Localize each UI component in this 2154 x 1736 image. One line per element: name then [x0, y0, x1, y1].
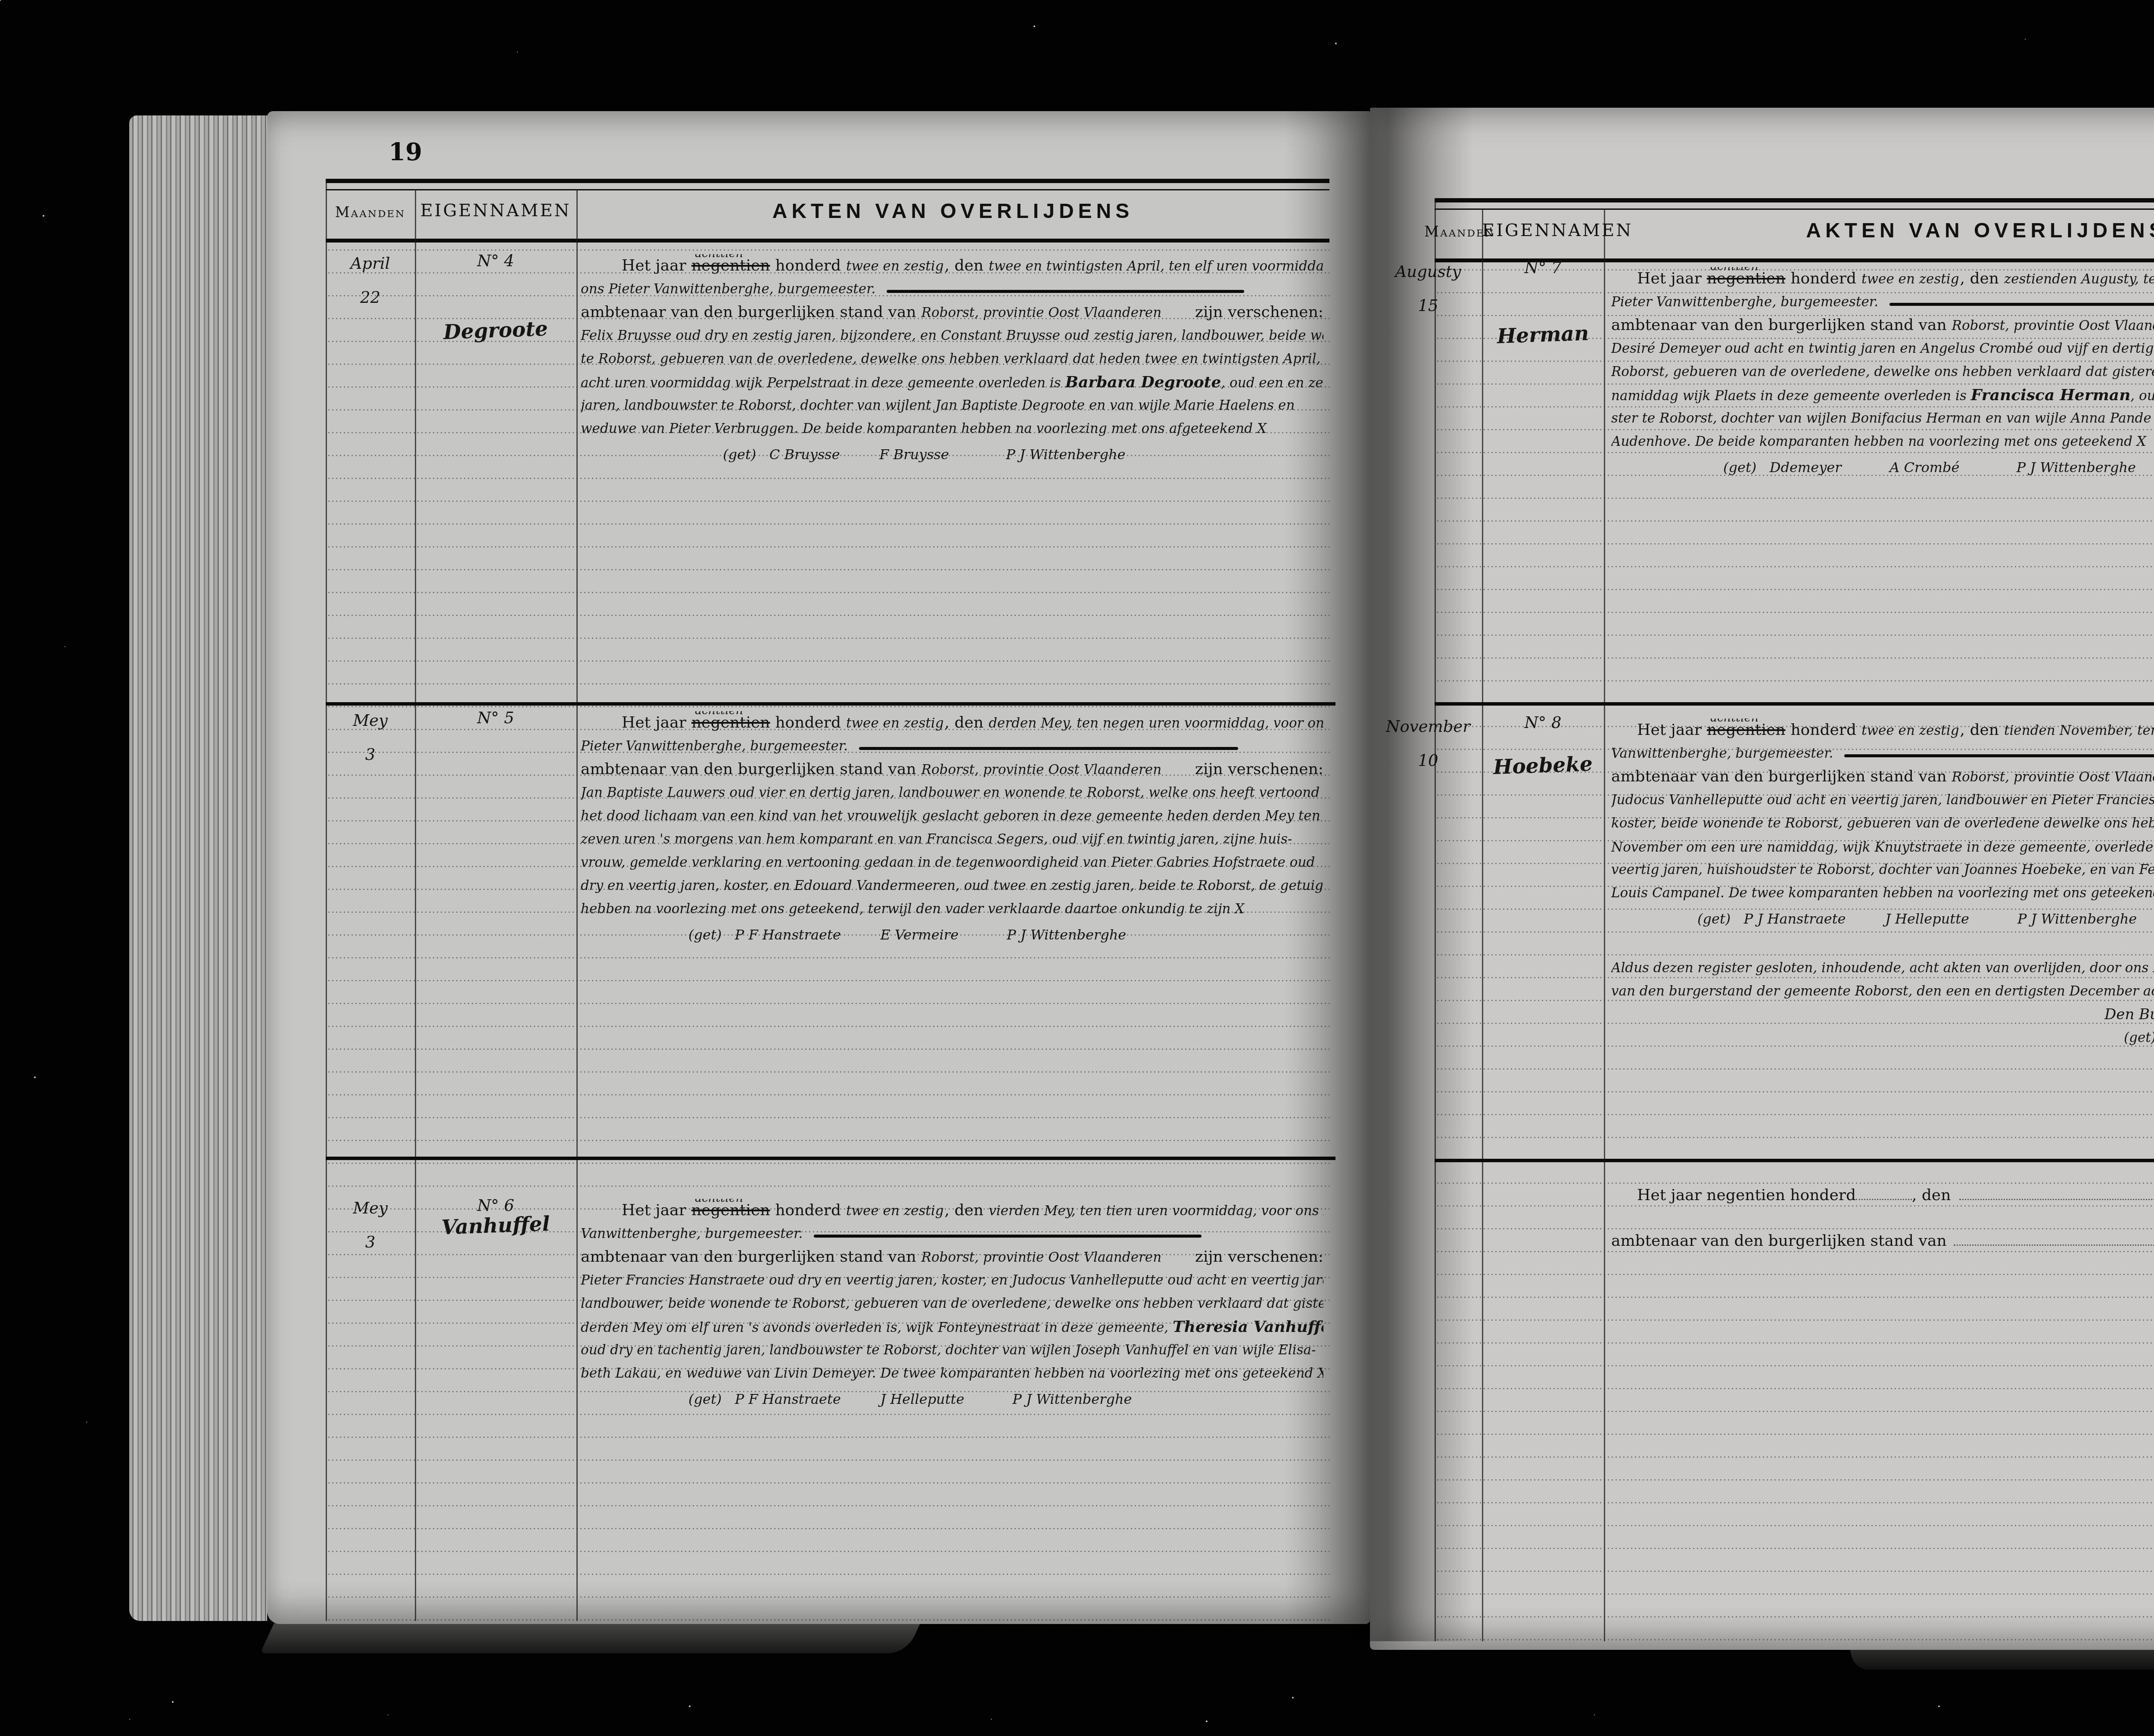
- column-header-eigennamen: EIGENNAMEN: [415, 201, 576, 221]
- act-body-line: Audenhove. De beide komparanten hebben n…: [1611, 430, 2154, 453]
- act-body-line: Jan Baptiste Lauwers oud vier en dertig …: [581, 781, 1323, 804]
- act-line-ambtenaar: ambtenaar van den burgerlijken stand van…: [1611, 314, 2154, 337]
- top-rule-thin: [1435, 208, 2154, 210]
- act-body-line: Judocus Vanhelleputte oud acht en veerti…: [1611, 788, 2154, 812]
- act-text: Het jaarachttiennegentienhonderdtwee en …: [581, 254, 1323, 466]
- act-line-ambtenaar: ambtenaar van den burgerlijken stand van…: [581, 1245, 1323, 1269]
- blank-line-opening: Het jaar negentien honderd, den: [1611, 1184, 2154, 1207]
- act-text: Het jaarachttiennegentienhonderdtwee en …: [1611, 267, 2154, 479]
- act-line-opening: Het jaarachttiennegentienhonderdtwee en …: [581, 254, 1323, 277]
- entry-month: Mey: [326, 1199, 415, 1217]
- entry-month: Mey: [326, 711, 415, 730]
- act-body-line: derden Mey om elf uren 's avonds overled…: [581, 1315, 1323, 1338]
- act-body-line: November om een ure namiddag, wijk Knuyt…: [1611, 835, 2154, 858]
- entry-month-cell: April 22: [326, 254, 415, 307]
- entry-separator: [1435, 702, 2154, 706]
- act-number: N° 8: [1482, 713, 1604, 732]
- deceased-name: Barbara Degroote: [1065, 373, 1221, 391]
- header-bottom-rule: [326, 239, 1329, 243]
- act-line-officer: Vanwittenberghe, burgemeester.: [581, 1222, 1323, 1245]
- signature-line: (get) C Bruysse F Bruysse P J Wittenberg…: [581, 443, 1323, 466]
- deceased-surname: Herman: [1482, 321, 1604, 349]
- corrected-word: achttien: [695, 254, 743, 265]
- act-line-officer: Pieter Vanwittenberghe, burgemeester.: [581, 734, 1323, 758]
- dotted-blank: [1954, 1232, 2154, 1246]
- act-line-opening: Het jaarachttiennegentienhonderdtwee en …: [1611, 267, 2154, 290]
- act-line-officer: Vanwittenberghe, burgemeester.: [1611, 742, 2154, 765]
- act-body-line: Roborst, gebueren van de overledene, dew…: [1611, 360, 2154, 383]
- act-text: Het jaarachttiennegentienhonderdtwee en …: [1611, 719, 2154, 930]
- struck-word: achttiennegentien: [691, 714, 770, 731]
- act-line-ambtenaar: ambtenaar van den burgerlijken stand van…: [581, 301, 1323, 324]
- act-number: N° 4: [415, 252, 576, 270]
- corrected-word: achttien: [695, 711, 743, 722]
- act-line-officer: ons Pieter Vanwittenberghe, burgemeester…: [581, 277, 1323, 301]
- entry-separator: [326, 1157, 1335, 1160]
- dotted-blank: [1856, 1186, 1912, 1200]
- act-body-line: het dood lichaam van een kind van het vr…: [581, 804, 1323, 828]
- ink-filler-line: [814, 1235, 1202, 1238]
- act-line-opening: Het jaarachttiennegentienhonderdtwee en …: [1611, 719, 2154, 742]
- closing-role: Den Burgemeester: [1611, 1003, 2154, 1026]
- act-text: Het jaarachttiennegentienhonderdtwee en …: [581, 1199, 1323, 1411]
- act-body-line: zeven uren 's morgens van hem komparant …: [581, 828, 1323, 851]
- act-body-line: weduwe van Pieter Verbruggen. De beide k…: [581, 417, 1323, 440]
- act-body-line: koster, beide wonende te Roborst, gebuer…: [1611, 812, 2154, 835]
- closing-line: Aldus dezen register gesloten, inhoudend…: [1611, 956, 2154, 980]
- struck-word: achttiennegentien: [1707, 721, 1786, 739]
- act-body-line: landbouwer, beide wonende te Roborst, ge…: [581, 1292, 1323, 1315]
- register-scan: 19 Maanden EIGENNAMEN AKTEN VAN OVERLIJD…: [0, 0, 2154, 1736]
- act-body-line: jaren, landbouwster te Roborst, dochter …: [581, 394, 1323, 417]
- under-page-shadow-right: [1850, 1649, 2154, 1670]
- under-page-shadow-left: [260, 1623, 921, 1653]
- signature-line: (get) P F Hanstraete E Vermeire P J Witt…: [581, 923, 1323, 946]
- ink-filler-line: [1844, 754, 2154, 757]
- column-header-akten: AKTEN VAN OVERLIJDENS: [576, 199, 1329, 223]
- column-header-eigennamen: EIGENNAMEN: [1482, 221, 1604, 240]
- struck-word: achttiennegentien: [1707, 270, 1786, 287]
- act-body-line: hebben na voorlezing met ons geteekend, …: [581, 897, 1323, 921]
- page-number-left: 19: [389, 138, 422, 166]
- act-body-line: te Roborst, gebueren van de overledene, …: [581, 347, 1323, 370]
- corrected-word: achttien: [1710, 267, 1759, 278]
- struck-word: achttiennegentien: [691, 257, 770, 274]
- closing-signature: (get) P J Wittenberghe: [1611, 1026, 2154, 1049]
- deceased-name: Francisca Herman: [1971, 386, 2131, 404]
- top-rule-thin: [326, 189, 1329, 190]
- ink-filler-line: [1889, 303, 2154, 306]
- ink-filler-line: [859, 747, 1238, 750]
- deceased-surname: Hoebeke: [1482, 752, 1604, 780]
- act-line-ambtenaar: ambtenaar van den burgerlijken stand van…: [1611, 765, 2154, 788]
- act-number: N° 7: [1482, 258, 1604, 277]
- act-body-line: ster te Roborst, dochter van wijlen Boni…: [1611, 407, 2154, 430]
- closing-line: van den burgerstand der gemeente Roborst…: [1611, 980, 2154, 1003]
- struck-word: achttiennegentien: [691, 1201, 770, 1219]
- act-number: N° 5: [415, 709, 576, 727]
- entry-separator: [326, 702, 1335, 706]
- corrected-word: achttien: [695, 1199, 743, 1210]
- signature-line: (get) P J Hanstraete J Helleputte P J Wi…: [1611, 907, 2154, 930]
- entry-separator: [1435, 1159, 2154, 1162]
- act-body-line: acht uren voormiddag wijk Perpelstraat i…: [581, 370, 1323, 394]
- top-rule-thick: [1435, 198, 2154, 202]
- act-line-ambtenaar: ambtenaar van den burgerlijken stand van…: [581, 758, 1323, 781]
- act-body-line: namiddag wijk Plaets in deze gemeente ov…: [1611, 383, 2154, 407]
- dotted-blank: [1959, 1186, 2154, 1200]
- act-text: Het jaarachttiennegentienhonderdtwee en …: [581, 711, 1323, 946]
- blank-act-form: Het jaar negentien honderd, den ambtenaa…: [1611, 1184, 2154, 1253]
- act-body-line: veertig jaren, huishoudster te Roborst, …: [1611, 858, 2154, 881]
- page-stack-left-edge: [129, 115, 267, 1621]
- entry-month-cell: Mey 3: [326, 711, 415, 764]
- book-gutter-shadow: [1284, 108, 1473, 1641]
- act-body-line: Felix Bruysse oud dry en zestig jaren, b…: [581, 324, 1323, 347]
- act-body-line: vrouw, gemelde verklaring en vertooning …: [581, 851, 1323, 874]
- signature-line: (get) Ddemeyer A Crombé P J Wittenberghe: [1611, 456, 2154, 479]
- corrected-word: achttien: [1710, 719, 1759, 730]
- ink-filler-line: [887, 290, 1244, 293]
- entry-day: 3: [326, 1233, 415, 1251]
- act-body-line: Pieter Francies Hanstraete oud dry en ve…: [581, 1269, 1323, 1292]
- act-body-line: dry en veertig jaren, koster, en Edouard…: [581, 874, 1323, 897]
- signature-line: (get) P F Hanstraete J Helleputte P J Wi…: [581, 1388, 1323, 1411]
- right-page: 19 Maanden EIGENNAMEN AKTEN VAN OVERLIJD…: [1370, 108, 2154, 1650]
- top-rule-thick: [326, 179, 1329, 183]
- act-line-opening: Het jaarachttiennegentienhonderdtwee en …: [581, 1199, 1323, 1222]
- act-body-line: oud dry en tachentig jaren, landbouwster…: [581, 1338, 1323, 1362]
- left-page: 19 Maanden EIGENNAMEN AKTEN VAN OVERLIJD…: [267, 111, 1370, 1624]
- act-body-line: beth Lakau, en weduwe van Livin Demeyer.…: [581, 1362, 1323, 1385]
- column-header-maanden: Maanden: [326, 204, 415, 221]
- act-line-opening: Het jaarachttiennegentienhonderdtwee en …: [581, 711, 1323, 734]
- act-body-line: Desiré Demeyer oud acht en twintig jaren…: [1611, 337, 2154, 360]
- entry-month-cell: Mey 3: [326, 1199, 415, 1251]
- entry-day: 22: [326, 288, 415, 307]
- entry-month: April: [326, 254, 415, 273]
- act-body-line: Louis Campanel. De twee komparanten hebb…: [1611, 881, 2154, 905]
- dust-speckles: [0, 0, 1, 1]
- act-line-officer: Pieter Vanwittenberghe, burgemeester.: [1611, 290, 2154, 314]
- column-header-akten: AKTEN VAN OVERLIJDENS: [1604, 219, 2154, 243]
- entry-day: 3: [326, 745, 415, 764]
- register-closing-statement: Aldus dezen register gesloten, inhoudend…: [1611, 956, 2154, 1049]
- blank-line-ambtenaar: ambtenaar van den burgerlijken stand van…: [1611, 1229, 2154, 1253]
